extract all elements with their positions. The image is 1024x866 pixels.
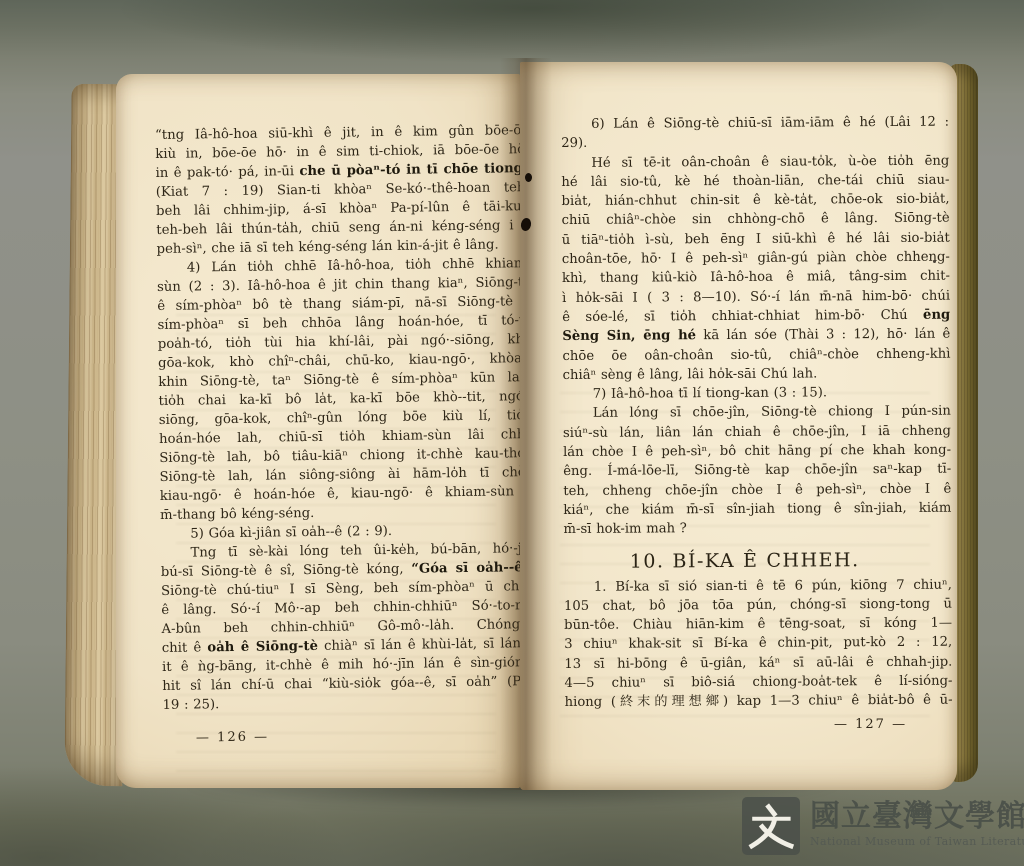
text-line: êng. Í-má-lōe-lī, Siōng-tè kap chōe-jîn … <box>563 460 951 482</box>
text-line: chōe ōe oân-choân sio-tû, chiâⁿ-chòe chh… <box>562 344 950 366</box>
book-photo: “tng Iâ-hô-hoa siū-khì ê jit, in ê kim g… <box>0 0 1024 866</box>
text-line: lán chòe I ê peh-sìⁿ, bô chit hāng pí ch… <box>563 441 951 463</box>
text-line: Hé sī tē-it oân-choân ê siau-to̍k, ù-òe … <box>561 151 949 173</box>
right-page-number: — 127 — <box>834 717 907 732</box>
text-line: 105 chat, bô jōa tōa pún, chóng-sī siong… <box>564 594 952 616</box>
watermark-subtitle-en: National Museum of Taiwan Literature <box>810 835 1024 848</box>
text-line: 3 chiuⁿ khak-sit sī Bí-ka ê chin-pit, pu… <box>564 633 952 655</box>
text-line: būn-tôe. Chiàu hiān-kim ê tēng-soat, sī … <box>564 614 952 636</box>
text-line: 1. Bí-ka sī sió sian-ti ê tē 6 pún, kiōn… <box>564 575 952 597</box>
left-page: “tng Iâ-hô-hoa siū-khì ê jit, in ê kim g… <box>116 74 520 788</box>
text-line: hé lâi sio-tû, kè hé thoàn-liān, che-tái… <box>561 171 949 193</box>
right-page-text: 6) Lán ê Siōng-tè chiū-sī iām-iām ê hé (… <box>561 113 953 713</box>
text-line: kiáⁿ, che kiám m̄-sī sîn-jiah tiong ê sî… <box>563 499 951 521</box>
text-line: choân-tōe, hō· I ê peh-sìⁿ giân-gú piàn … <box>562 248 950 270</box>
text-line: siúⁿ-sù lán, liân lán chiah ê chōe-jîn, … <box>563 421 951 443</box>
text-line: hiong (終末的理想鄉) kap 1—3 chiuⁿ ê bia̍t-bô … <box>565 691 953 713</box>
text-line: 7) Iâ-hô-hoa tī lí tiong-kan (3 : 15). <box>563 383 951 405</box>
text-line: 13 sī hi-bōng ê ū-giân, káⁿ sī aū-lâi ê … <box>564 652 952 674</box>
watermark-text: 國立臺灣文學館 National Museum of Taiwan Litera… <box>810 797 1024 848</box>
text-line: 6) Lán ê Siōng-tè chiū-sī iām-iām ê hé (… <box>561 113 949 135</box>
ink-dot <box>525 173 532 182</box>
text-line: m̄-sī hok-im mah ? <box>563 518 951 540</box>
text-line: 29). <box>561 132 949 154</box>
watermark-title-zh: 國立臺灣文學館 <box>810 799 1024 835</box>
museum-watermark: 國立臺灣文學館 National Museum of Taiwan Litera… <box>742 797 1024 855</box>
text-line: chiū chiâⁿ-chòe sin chhòng-chō ê lâng. S… <box>562 209 950 231</box>
text-line: ì ho̍k-sāi I ( 3 : 8—10). Só·-í lán m̄-n… <box>562 286 950 308</box>
text-line: 4—5 chiuⁿ sī biô-siá chiong-boa̍t-tek ê … <box>564 672 952 694</box>
left-page-number: — 126 — <box>196 730 269 746</box>
text-line: Sèng Sin, ēng hé kā lán sóe (Thài 3 : 12… <box>562 325 950 347</box>
text-line: chiâⁿ sèng ê lâng, lâi ho̍k-sāi Chú lah. <box>563 363 951 385</box>
right-page: 6) Lán ê Siōng-tè chiū-sī iām-iām ê hé (… <box>520 62 957 790</box>
text-line: 19 : 25). <box>162 691 536 715</box>
ink-speck <box>933 260 936 263</box>
text-line: ê sóe-lé, sī tio̍h chhiat-chhiat him-bō·… <box>562 306 950 328</box>
text-line: bia̍t, hián-chhut chin-sit ê kè-ta̍t, ch… <box>561 190 949 212</box>
text-line: khì, thang kiû-kiò Iâ-hô-hoa ê miâ, tâng… <box>562 267 950 289</box>
text-line: Lán lóng sī chōe-jîn, Siōng-tè chiong I … <box>563 402 951 424</box>
text-line: teh, chheng chōe-jîn chòe I ê peh-sìⁿ, c… <box>563 479 951 501</box>
left-page-text: “tng Iâ-hô-hoa siū-khì ê jit, in ê kim g… <box>155 121 537 715</box>
museum-logo-icon <box>742 797 800 855</box>
section-heading: 10. BÍ-KA Ê CHHEH. <box>564 537 952 577</box>
text-line: ū tiāⁿ-tio̍h ì-sù, beh ēng I siū-khì ê h… <box>562 228 950 250</box>
